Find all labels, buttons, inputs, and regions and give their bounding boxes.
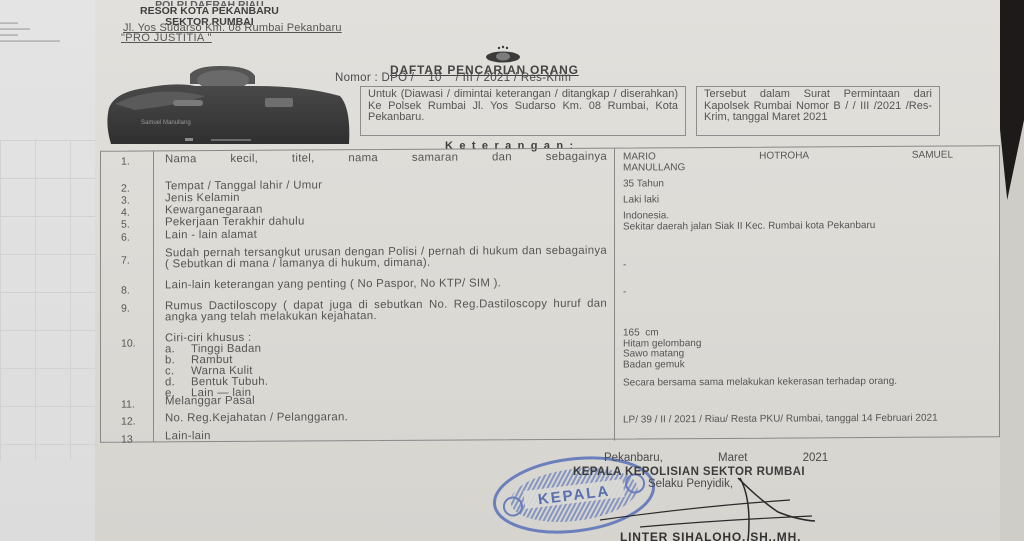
row-number: 4. <box>121 207 130 219</box>
row-number: 6. <box>121 232 130 244</box>
pro-justitia-label: "PRO JUSTITIA " <box>121 32 212 44</box>
suspect-photo: Samuel Manullang <box>105 64 353 144</box>
row-answer: - <box>623 285 953 298</box>
row-number: 9. <box>121 303 130 315</box>
row-answer: Laki laki <box>623 193 953 206</box>
row-answer: 165 cm Hitam gelombang Sawo matang Badan… <box>623 327 953 371</box>
row-answer: Secara bersama sama melakukan kekerasan … <box>623 376 945 389</box>
instruction-box: Untuk (Diawasi / dimintai keterangan / d… <box>360 86 686 136</box>
row-number: 12. <box>121 416 136 428</box>
row-answer: Sekitar daerah jalan Siak II Kec. Rumbai… <box>623 220 948 233</box>
details-table: 1. Nama kecil, titel, nama samaran dan s… <box>100 145 1000 442</box>
signature-title: KEPALA KEPOLISIAN SEKTOR RUMBAI <box>573 466 805 478</box>
row-number: 1. <box>121 156 130 168</box>
row-number: 8. <box>121 285 130 297</box>
row-number: 11. <box>121 399 135 411</box>
row-question: Pekerjaan Terakhir dahulu <box>165 215 607 229</box>
signature-role: Selaku Penyidik, <box>648 478 733 490</box>
row-question: Lain-lain keterangan yang penting ( No P… <box>165 278 607 292</box>
signatory-name: LINTER SIHALOHO.,SH.,MH. <box>620 530 801 541</box>
row-question: Rumus Dactiloscopy ( dapat juga di sebut… <box>165 299 607 324</box>
table-divider <box>614 149 615 441</box>
background-grid <box>0 140 100 460</box>
table-divider <box>153 151 154 441</box>
background-paper: ▬▬▬▬▬▬▬▬▬▬▬▬▬▬▬▬▬▬▬▬▬ <box>0 0 110 541</box>
row-question: Nama kecil, titel, nama samaran dan seba… <box>165 152 607 166</box>
row-answer: 35 Tahun <box>623 177 953 190</box>
police-emblem-icon <box>483 45 523 63</box>
row-question: Ciri-ciri khusus : a.Tinggi Badan b.Ramb… <box>165 331 607 400</box>
row-answer: - <box>623 258 953 271</box>
row-question: Lain - lain alamat <box>165 228 607 242</box>
row-answer: MARIO HOTROHA SAMUEL MANULLANG <box>623 150 953 174</box>
row-number: 3. <box>121 195 130 207</box>
document-number: Nomor : DPO / 10 / III / 2021 / Res-Krim <box>335 72 571 84</box>
row-number: 2. <box>121 183 130 195</box>
faint-background-text: ▬▬▬▬▬▬▬▬▬▬▬▬▬▬▬▬▬▬▬▬▬ <box>0 20 100 44</box>
photo-caption: Samuel Manullang <box>141 120 191 126</box>
row-number: 7. <box>121 255 130 267</box>
signature-place-date: Pekanbaru, Maret 2021 <box>604 452 828 464</box>
row-number: 13 <box>121 434 133 446</box>
row-question: Sudah pernah tersangkut urusan dengan Po… <box>165 246 607 271</box>
reference-box: Tersebut dalam Surat Permintaan dari Kap… <box>696 86 940 136</box>
row-question: Melanggar Pasal <box>165 394 607 408</box>
row-number: 5. <box>121 219 130 231</box>
row-question: No. Reg.Kejahatan / Pelanggaran. <box>165 411 607 425</box>
row-number: 10. <box>121 338 136 350</box>
row-answer: LP/ 39 / II / 2021 / Riau/ Resta PKU/ Ru… <box>623 412 963 425</box>
